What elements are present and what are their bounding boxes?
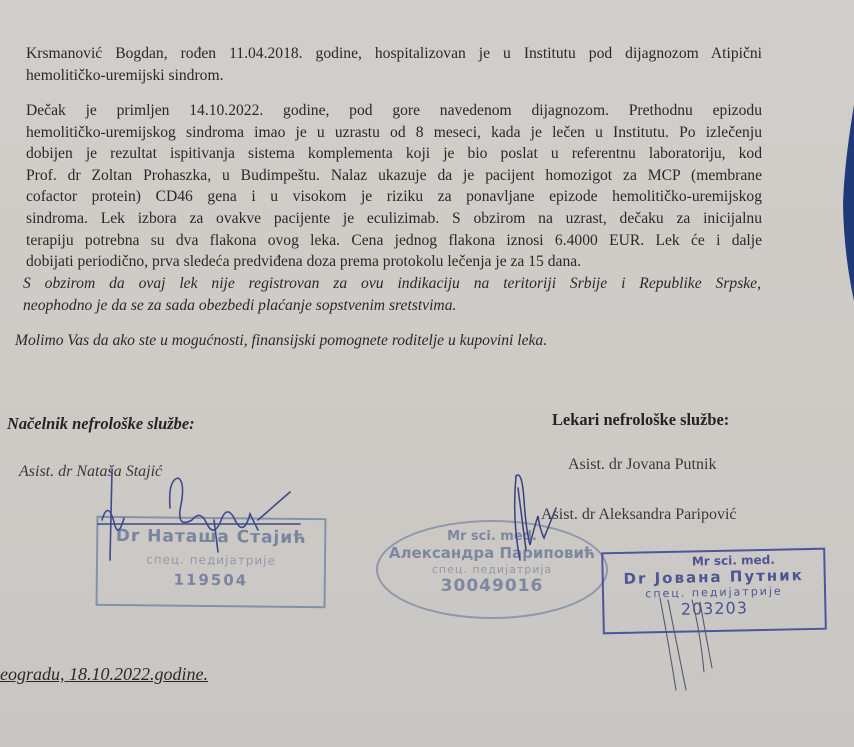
stamp-jovana-putnik: Mr sci. med. Dr Јована Путник спец. педи…	[601, 548, 827, 635]
stamp-number: 30049016	[378, 576, 606, 596]
stamp-line: Dr Наташа Стајић	[98, 526, 324, 548]
paragraph-request: Molimo Vas da ako ste u mogućnosti, fina…	[15, 330, 751, 352]
paragraph-patient-info: Krsmanović Bogdan, rođen 11.04.2018. god…	[26, 43, 762, 86]
stamp-line: Александра Париповић	[378, 544, 606, 562]
stamp-number: 119504	[98, 570, 324, 590]
stamp-number: 203203	[604, 597, 824, 621]
place-and-date: eogradu, 18.10.2022.godine.	[0, 664, 208, 685]
stamp-aleksandra-paripovic: Mr sci. med. Александра Париповић спец. …	[376, 520, 608, 619]
text-line: cofactor protein) CD46 gena i u visokom …	[26, 186, 762, 208]
paragraph-registration-note: S obzirom da ovaj lek nije registrovan z…	[23, 273, 761, 316]
text-line: sindroma. Lek izbora za ovakve pacijente…	[26, 208, 762, 230]
signatory-jovana-putnik: Asist. dr Jovana Putnik	[568, 456, 716, 474]
heading-head-of-nephrology: Načelnik nefrološke službe:	[7, 414, 195, 434]
text-line: Prof. dr Zoltan Prohaszka, u Budimpeštu.…	[26, 165, 762, 187]
heading-nephrology-doctors: Lekari nefrološke službe:	[552, 410, 729, 430]
paragraph-medical-history: Dečak je primljen 14.10.2022. godine, po…	[26, 100, 762, 273]
text-line: dobijati periodično, prva sledeća predvi…	[26, 251, 762, 273]
edge-object-shadow	[842, 105, 854, 301]
text-line: Krsmanović Bogdan, rođen 11.04.2018. god…	[26, 43, 762, 65]
signatory-aleksandra-paripovic: Asist. dr Aleksandra Paripović	[541, 506, 737, 524]
text-line: Dečak je primljen 14.10.2022. godine, po…	[26, 100, 762, 122]
text-line: S obzirom da ovaj lek nije registrovan z…	[23, 273, 761, 295]
stamp-natasa-stajic: Dr Наташа Стајић спец. педијатрије 11950…	[96, 516, 327, 608]
text-line: Molimo Vas da ako ste u mogućnosti, fina…	[15, 330, 751, 352]
text-line: hemolitičko-uremijski sindrom.	[26, 65, 762, 87]
text-line: neophodno je da se za sada obezbedi plać…	[23, 295, 761, 317]
stamp-line: спец. педијатрије	[98, 552, 324, 568]
stamp-line: Mr sci. med.	[378, 529, 606, 544]
text-line: hemolitičko-uremijskog sindroma imao je …	[26, 122, 762, 144]
signatory-natasa-stajic: Asist. dr Nataša Stajić	[19, 463, 162, 481]
text-line: dobijen je rezultat ispitivanja sistema …	[26, 143, 762, 165]
text-line: terapiju potrebna su dva flakona ovog le…	[26, 230, 762, 252]
stamp-line: спец. педијатрија	[378, 563, 606, 576]
scanned-letter-page: Krsmanović Bogdan, rođen 11.04.2018. god…	[0, 0, 854, 747]
